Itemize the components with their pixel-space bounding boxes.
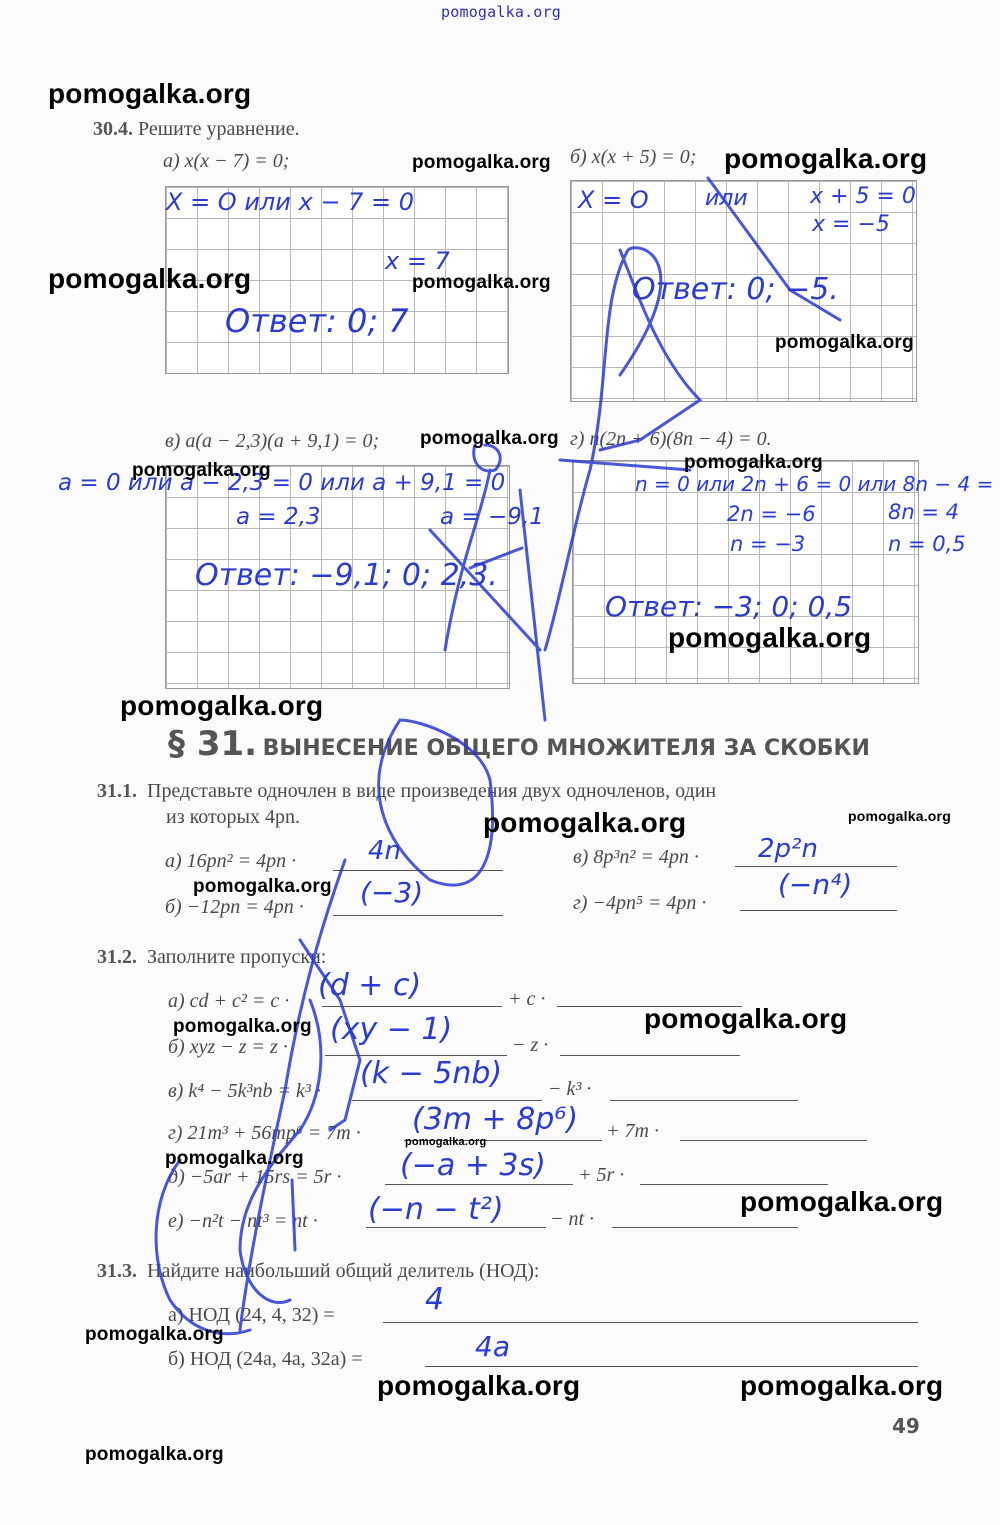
answer-line-31-2-e-2 — [612, 1227, 798, 1228]
eq-31-2-g-mid: + 7m · — [606, 1120, 659, 1143]
exercise-30-4-header: 30.4. Решите уравнение. — [93, 118, 300, 141]
handwriting-30-4-g-sol2b: n = 0,5 — [888, 532, 966, 556]
answer-line-31-2-v-1 — [352, 1100, 542, 1101]
handwriting-30-4-g-sol1b: n = −3 — [730, 532, 805, 556]
handwriting-30-4-v-sol2: a = −9,1 — [440, 504, 544, 530]
watermark: pomogalka.org — [165, 1148, 304, 1170]
eq-31-2-v: в) k⁴ − 5k³nb = k³ · — [168, 1080, 321, 1103]
watermark: pomogalka.org — [132, 460, 271, 482]
eq-30-4-b: б) x(x + 5) = 0; — [570, 146, 696, 169]
watermark: pomogalka.org — [775, 332, 914, 354]
answer-line-31-1-b — [333, 915, 503, 916]
eq-30-4-v: в) a(a − 2,3)(a + 9,1) = 0; — [165, 430, 379, 453]
handwriting-31-2-g: (3m + 8p⁶) — [412, 1102, 578, 1137]
eq-31-2-b-mid: − z · — [512, 1034, 548, 1057]
answer-line-31-3-b — [425, 1366, 918, 1367]
handwriting-30-4-b-answer: Ответ: 0; −5. — [632, 272, 839, 307]
handwriting-30-4-g-sol2a: 8n = 4 — [888, 500, 959, 524]
answer-line-31-2-v-2 — [610, 1100, 798, 1101]
handwriting-31-3-a: 4 — [425, 1282, 444, 1317]
watermark: pomogalka.org — [193, 876, 332, 898]
handwriting-30-4-v-line1: a = 0 или a − 2,3 = 0 или a + 9,1 = 0 — [58, 470, 505, 496]
eq-31-2-g: г) 21m³ + 56mp⁶ = 7m · — [168, 1122, 361, 1145]
handwriting-30-4-b-eq: x + 5 = 0 — [810, 184, 916, 209]
watermark: pomogalka.org — [684, 452, 823, 474]
answer-line-31-2-g-2 — [680, 1140, 867, 1141]
answer-line-31-2-d-2 — [640, 1184, 828, 1185]
handwriting-30-4-v-answer: Ответ: −9,1; 0; 2,3. — [195, 558, 498, 593]
watermark: pomogalka.org — [120, 690, 323, 722]
watermark: pomogalka.org — [412, 272, 551, 294]
eq-31-2-a-mid: + c · — [508, 988, 545, 1011]
handwriting-31-3-b: 4a — [475, 1330, 510, 1363]
answer-line-31-3-a — [383, 1322, 918, 1323]
handwriting-30-4-b-sol: x = −5 — [812, 212, 890, 237]
eq-31-1-a: а) 16pn² = 4pn · — [165, 850, 296, 873]
watermark: pomogalka.org — [48, 78, 251, 110]
handwriting-30-4-v-sol1: a = 2,3 — [236, 504, 321, 530]
handwriting-30-4-g-sol1a: 2n = −6 — [727, 502, 816, 526]
watermark: pomogalka.org — [85, 1444, 224, 1466]
exercise-31-1-header: 31.1. Представьте одночлен в виде произв… — [97, 780, 716, 803]
page-number: 49 — [892, 1414, 920, 1438]
handwriting-30-4-b-x0: X = O — [578, 186, 649, 214]
answer-line-31-2-e-1 — [366, 1227, 546, 1228]
handwriting-31-1-v: 2p²n — [758, 834, 818, 864]
eq-31-2-a: а) cd + c² = c · — [168, 990, 289, 1013]
watermark: pomogalka.org — [173, 1016, 312, 1038]
watermark: pomogalka.org — [668, 622, 871, 654]
exercise-number: 30.4. — [93, 118, 133, 140]
eq-31-2-e-mid: − nt · — [550, 1208, 594, 1231]
handwriting-30-4-a-line2: x = 7 — [385, 247, 450, 275]
exercise-title: Найдите наибольший общий делитель (НОД): — [147, 1260, 539, 1282]
exercise-31-1-text-line2: из которых 4pn. — [166, 806, 300, 829]
watermark: pomogalka.org — [48, 263, 251, 295]
eq-31-2-v-mid: − k³ · — [548, 1078, 591, 1101]
eq-30-4-a: а) x(x − 7) = 0; — [163, 150, 289, 173]
answer-line-31-2-d-1 — [385, 1184, 573, 1185]
handwriting-30-4-g-line1: n = 0 или 2n + 6 = 0 или 8n − 4 = 0 — [635, 472, 1000, 496]
handwriting-31-2-d: (−a + 3s) — [400, 1148, 546, 1183]
eq-31-1-v: в) 8p³n² = 4pn · — [573, 846, 699, 869]
section-title: ВЫНЕСЕНИЕ ОБЩЕГО МНОЖИТЕЛЯ ЗА СКОБКИ — [263, 736, 870, 761]
watermark: pomogalka.org — [740, 1186, 943, 1218]
eq-31-2-e: е) −n²t − nt³ = nt · — [168, 1210, 318, 1233]
watermark: pomogalka.org — [420, 428, 559, 450]
exercise-title: Заполните пропуски: — [147, 946, 326, 968]
watermark: pomogalka.org — [644, 1003, 847, 1035]
handwriting-31-2-b: (xy − 1) — [330, 1012, 452, 1047]
exercise-title: Решите уравнение. — [138, 118, 300, 140]
watermark: pomogalka.org — [724, 143, 927, 175]
handwriting-30-4-a-answer: Ответ: 0; 7 — [225, 302, 409, 340]
section-31-heading: § 31. ВЫНЕСЕНИЕ ОБЩЕГО МНОЖИТЕЛЯ ЗА СКОБ… — [168, 724, 870, 764]
handwriting-31-2-e: (−n − t²) — [368, 1192, 504, 1227]
eq-31-3-b: б) НОД (24a, 4a, 32a) = — [168, 1348, 363, 1371]
eq-31-2-d-mid: + 5r · — [578, 1164, 624, 1187]
eq-31-2-b: б) xyz − z = z · — [168, 1036, 288, 1059]
exercise-number: 31.1. — [97, 780, 137, 802]
watermark: pomogalka.org — [377, 1370, 580, 1402]
exercise-number: 31.2. — [97, 946, 137, 968]
handwriting-30-4-g-answer: Ответ: −3; 0; 0,5 — [605, 590, 852, 623]
top-watermark: pomogalka.org — [441, 3, 561, 21]
watermark: pomogalka.org — [848, 808, 951, 824]
exercise-31-3-header: 31.3. Найдите наибольший общий делитель … — [97, 1260, 539, 1283]
exercise-number: 31.3. — [97, 1260, 137, 1282]
handwriting-31-2-a: (d + c) — [318, 968, 421, 1003]
exercise-31-2-header: 31.2. Заполните пропуски: — [97, 946, 326, 969]
watermark: pomogalka.org — [483, 807, 686, 839]
watermark: pomogalka.org — [85, 1324, 224, 1346]
answer-line-31-2-b-2 — [560, 1055, 740, 1056]
handwriting-31-1-a: 4n — [368, 836, 401, 866]
handwriting-30-4-b-or: или — [705, 186, 748, 211]
watermark: pomogalka.org — [412, 152, 551, 174]
handwriting-31-1-g: (−n⁴) — [778, 868, 852, 901]
answer-line-31-1-a — [333, 870, 503, 871]
eq-31-1-g: г) −4pn⁵ = 4pn · — [573, 892, 706, 915]
handwriting-31-2-v: (k − 5nb) — [360, 1056, 502, 1091]
watermark: pomogalka.org — [405, 1136, 486, 1148]
exercise-text-line1: Представьте одночлен в виде произведения… — [147, 780, 716, 802]
answer-line-31-2-a-1 — [322, 1006, 502, 1007]
eq-31-1-b: б) −12pn = 4pn · — [165, 896, 304, 919]
handwriting-30-4-a-line1: X = O или x − 7 = 0 — [166, 188, 414, 216]
answer-line-31-1-g — [740, 910, 897, 911]
answer-line-31-1-v — [735, 866, 897, 867]
handwriting-31-1-b: (−3) — [360, 876, 423, 909]
eq-30-4-g: г) n(2n + 6)(8n − 4) = 0. — [570, 428, 772, 451]
section-number: § 31. — [168, 724, 257, 764]
watermark: pomogalka.org — [740, 1370, 943, 1402]
